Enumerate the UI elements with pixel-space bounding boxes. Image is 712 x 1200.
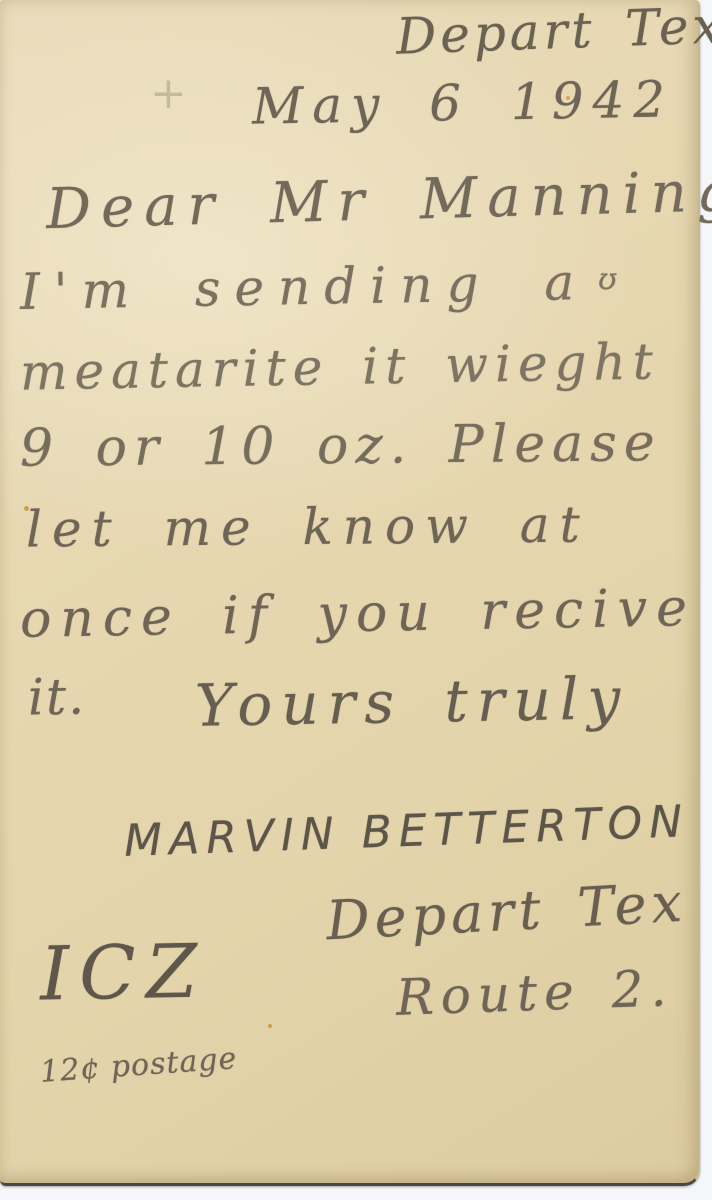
notation-postage: 12¢ postage <box>39 1041 238 1090</box>
signature-line: MARVIN BETTERTON <box>123 796 690 867</box>
address-line-town: Depart Tex <box>325 871 689 953</box>
faint-plus-mark: + <box>150 68 187 119</box>
body-line-5: once if you recive <box>20 578 697 650</box>
closing-line: Yours truly <box>194 664 629 740</box>
salutation-line: Dear Mr Manning <box>45 159 712 242</box>
paper-speck <box>268 1024 272 1028</box>
body-line-1: I'm sending a <box>20 253 589 321</box>
paper-speck <box>566 96 570 100</box>
place-line: Depart Tex <box>395 0 712 66</box>
body-line-2: meatarite it wieght <box>20 332 661 401</box>
postcard-paper: Depart Tex + May 6 1942 Dear Mr Manning … <box>0 0 700 1186</box>
scan-background: Depart Tex + May 6 1942 Dear Mr Manning … <box>0 0 712 1200</box>
body-line-4: let me know at <box>26 496 590 559</box>
body-line-6: it. <box>27 667 86 726</box>
address-line-route: Route 2. <box>395 959 674 1027</box>
stray-pencil-mark: ʊ <box>598 262 617 297</box>
date-line: May 6 1942 <box>252 70 675 135</box>
notation-icz: ICZ <box>39 929 208 1018</box>
paper-speck <box>24 506 29 511</box>
body-line-3: 9 or 10 oz. Please <box>20 413 662 479</box>
